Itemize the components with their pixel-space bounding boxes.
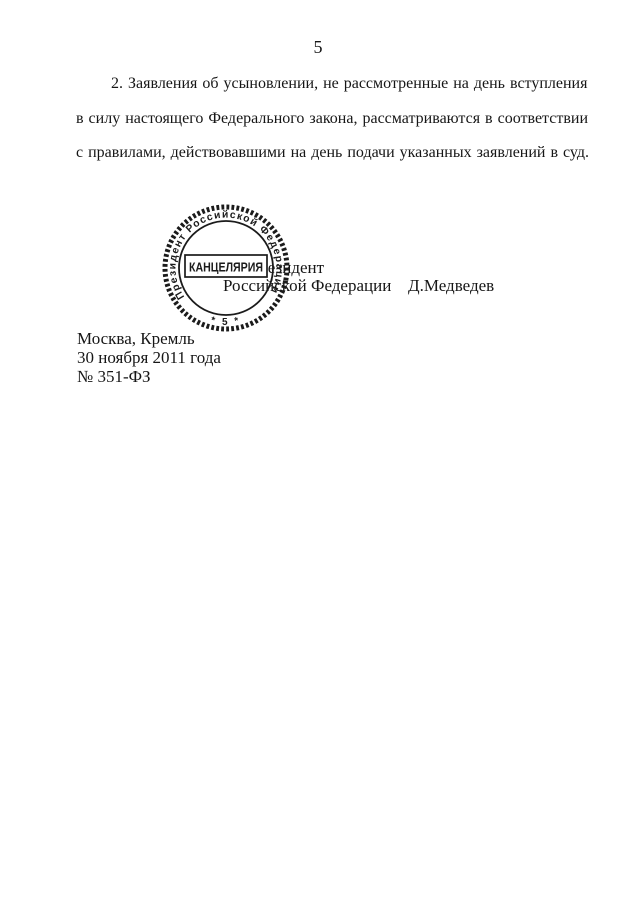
footer-date: 30 ноября 2011 года — [77, 348, 221, 367]
document-page: 5 2. Заявления об усыновлении, не рассмо… — [0, 0, 640, 905]
stamp-bottom-number: * 5 * — [210, 315, 242, 328]
chancellery-stamp-seal: Президент Российской Федерации * 5 * КАН… — [155, 197, 300, 342]
page-number: 5 — [0, 36, 636, 58]
paragraph-line-1: 2. Заявления об усыновлении, не рассмотр… — [76, 67, 566, 102]
footer-place: Москва, Кремль — [77, 329, 221, 348]
paragraph-line-3: с правилами, действовавшими на день пода… — [76, 136, 566, 171]
paragraph-line-2: в силу настоящего Федерального закона, р… — [76, 102, 566, 137]
body-paragraph: 2. Заявления об усыновлении, не рассмотр… — [76, 67, 566, 171]
signature-name: Д.Медведев — [408, 276, 494, 296]
footer-law-number: № 351-ФЗ — [77, 367, 221, 386]
footer-block: Москва, Кремль 30 ноября 2011 года № 351… — [77, 329, 221, 386]
stamp-center-text: КАНЦЕЛЯРИЯ — [189, 260, 263, 275]
